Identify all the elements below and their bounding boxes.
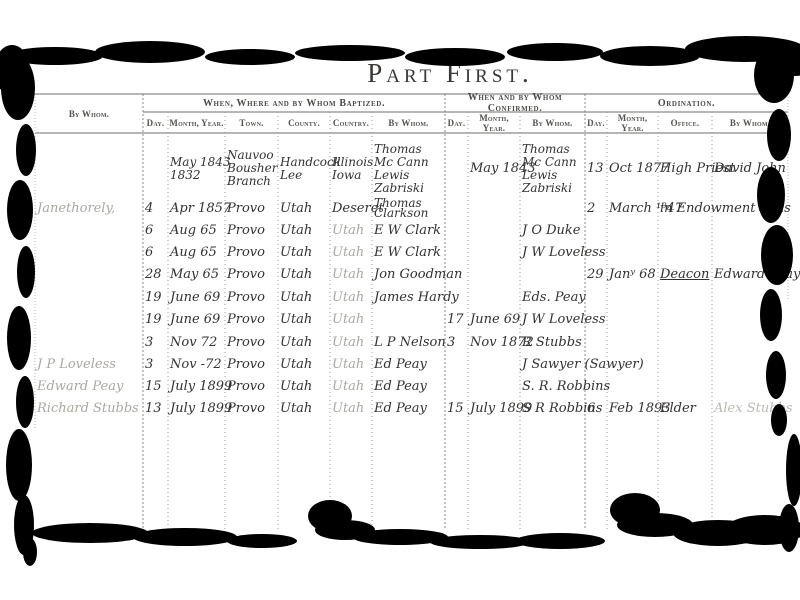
cell-b_my: Aug 65 xyxy=(168,219,225,241)
scanned-record-page: Part First. By Whom. When, Where and by … xyxy=(0,0,800,600)
cell-b_day: 28 xyxy=(143,263,168,285)
cell-town: Provo xyxy=(225,241,278,263)
cell-b_day: 19 xyxy=(143,308,168,330)
cell-county: Utah xyxy=(278,308,330,330)
cell-town: Provo xyxy=(225,197,278,219)
cell-b_my: July 1899 xyxy=(168,397,225,419)
cell-left: Janethorely, xyxy=(35,197,143,219)
cell-country: Utah xyxy=(330,286,372,308)
cell-c_by: J W Loveless xyxy=(520,241,585,263)
cell-town: Provo xyxy=(225,353,278,375)
cell-b_by: James Hardy xyxy=(372,286,445,308)
header-b_by: By Whom. xyxy=(372,112,445,133)
header-country: Country. xyxy=(330,112,372,133)
cell-c_by: J W Loveless xyxy=(520,308,585,330)
cell-b_my: Nov 72 xyxy=(168,331,225,353)
header-o_by: By Whom. xyxy=(712,112,788,133)
cell-o_my: Oct 1877 xyxy=(607,140,658,197)
cell-b_my: July 1899 xyxy=(168,375,225,397)
cell-county: Utah xyxy=(278,286,330,308)
cell-country: Utah xyxy=(330,353,372,375)
cell-b_my: June 69 xyxy=(168,286,225,308)
cell-office: High Priest xyxy=(658,140,712,197)
cell-o_by: David John xyxy=(712,140,788,197)
cell-o_by: Edward Peay xyxy=(712,263,788,285)
group-header-baptized: When, Where and by Whom Baptized. xyxy=(143,94,445,112)
cell-county: Utah xyxy=(278,375,330,397)
cell-town: Provo xyxy=(225,286,278,308)
cell-b_day: 19 xyxy=(143,286,168,308)
cell-b_day: 6 xyxy=(143,219,168,241)
page-title: Part First. xyxy=(300,58,600,89)
cell-b_day: 6 xyxy=(143,241,168,263)
cell-o_by: Alex Stubbs xyxy=(712,397,788,419)
cell-b_by: L P Nelson xyxy=(372,331,445,353)
cell-b_my: Aug 65 xyxy=(168,241,225,263)
cell-town: Nauvoo Bousher Branch xyxy=(225,140,278,197)
cell-b_day: 3 xyxy=(143,353,168,375)
header-town: Town. xyxy=(225,112,278,133)
cell-o_my: Janʸ 68 xyxy=(607,263,658,285)
cell-town: Provo xyxy=(225,219,278,241)
cell-o_my: March ¹⁸47 xyxy=(607,197,658,219)
cell-country: Utah xyxy=(330,219,372,241)
cell-b_day: 3 xyxy=(143,331,168,353)
cell-c_by: S. R. Robbins xyxy=(520,375,585,397)
cell-county: Utah xyxy=(278,197,330,219)
cell-county: Utah xyxy=(278,397,330,419)
cell-office: Deacon xyxy=(658,263,712,285)
cell-b_my: Apr 1857 xyxy=(168,197,225,219)
cell-county: Utah xyxy=(278,219,330,241)
cell-left: J P Loveless xyxy=(35,353,143,375)
cell-c_my: June 69 xyxy=(468,308,520,330)
cell-c_my: May 1843 xyxy=(468,140,520,197)
cell-b_my: Nov -72 xyxy=(168,353,225,375)
cell-b_day: 4 xyxy=(143,197,168,219)
cell-o_day: 6 xyxy=(585,397,607,419)
cell-b_my: May 1843 1832 xyxy=(168,140,225,197)
header-b_day: Day. xyxy=(143,112,168,133)
header-c_day: Day. xyxy=(445,112,468,133)
cell-c_by: Eds. Peay xyxy=(520,286,585,308)
group-header-confirmed: When and by Whom Confirmed. xyxy=(445,94,585,112)
cell-country: Illinois Iowa xyxy=(330,140,372,197)
cell-o_day: 29 xyxy=(585,263,607,285)
cell-town: Provo xyxy=(225,263,278,285)
header-b_my: Month, Year. xyxy=(168,112,225,133)
cell-country: Utah xyxy=(330,308,372,330)
cell-b_my: May 65 xyxy=(168,263,225,285)
cell-country: Deseret xyxy=(330,197,372,219)
cell-town: Provo xyxy=(225,331,278,353)
cell-c_by: J Sawyer (Sawyer) xyxy=(520,353,585,375)
cell-b_by: Ed Peay xyxy=(372,375,445,397)
header-c_by: By Whom. xyxy=(520,112,585,133)
header-county: County. xyxy=(278,112,330,133)
cell-c_my: Nov 1872 xyxy=(468,331,520,353)
cell-town: Provo xyxy=(225,308,278,330)
cell-office: in Endowment hous xyxy=(658,197,712,219)
cell-c_by: Thomas Mc Cann Lewis Zabriski xyxy=(520,140,585,197)
cell-b_by: Ed Peay xyxy=(372,397,445,419)
cell-c_by: R Stubbs xyxy=(520,331,585,353)
cell-office: Elder xyxy=(658,397,712,419)
cell-b_my: June 69 xyxy=(168,308,225,330)
cell-c_day: 3 xyxy=(445,331,468,353)
group-header-ordination: Ordination. xyxy=(585,94,788,112)
cell-town: Provo xyxy=(225,397,278,419)
cell-country: Utah xyxy=(330,241,372,263)
cell-country: Utah xyxy=(330,375,372,397)
cell-left: Richard Stubbs xyxy=(35,397,143,419)
cell-c_by: S R Robbins xyxy=(520,397,585,419)
cell-b_by: Ed Peay xyxy=(372,353,445,375)
cell-o_day: 2 xyxy=(585,197,607,219)
cell-b_day: 15 xyxy=(143,375,168,397)
cell-county: Utah xyxy=(278,353,330,375)
header-c_my: Month, Year. xyxy=(468,112,520,133)
cell-b_by: E W Clark xyxy=(372,219,445,241)
header-left-by-whom: By Whom. xyxy=(35,94,143,133)
cell-b_by: Thomas Mc Cann Lewis Zabriski xyxy=(372,140,445,197)
header-o_day: Day. xyxy=(585,112,607,133)
cell-b_day: 13 xyxy=(143,397,168,419)
cell-c_my: July 1899 xyxy=(468,397,520,419)
cell-country: Utah xyxy=(330,397,372,419)
cell-c_by: J O Duke xyxy=(520,219,585,241)
cell-town: Provo xyxy=(225,375,278,397)
cell-o_my: Feb 1893 xyxy=(607,397,658,419)
header-o_my: Month, Year. xyxy=(607,112,658,133)
cell-county: Utah xyxy=(278,263,330,285)
cell-b_by: Thomas Clarkson xyxy=(372,197,445,219)
cell-left: Edward Peay xyxy=(35,375,143,397)
cell-county: Utah xyxy=(278,241,330,263)
cell-county: Utah xyxy=(278,331,330,353)
cell-country: Utah xyxy=(330,331,372,353)
cell-country: Utah xyxy=(330,263,372,285)
cell-o_day: 13 xyxy=(585,140,607,197)
cell-b_by: E W Clark xyxy=(372,241,445,263)
cell-county: Handcock Lee xyxy=(278,140,330,197)
cell-c_day: 17 xyxy=(445,308,468,330)
cell-b_by: Jon Goodman xyxy=(372,263,445,285)
cell-c_day: 15 xyxy=(445,397,468,419)
header-office: Office. xyxy=(658,112,712,133)
